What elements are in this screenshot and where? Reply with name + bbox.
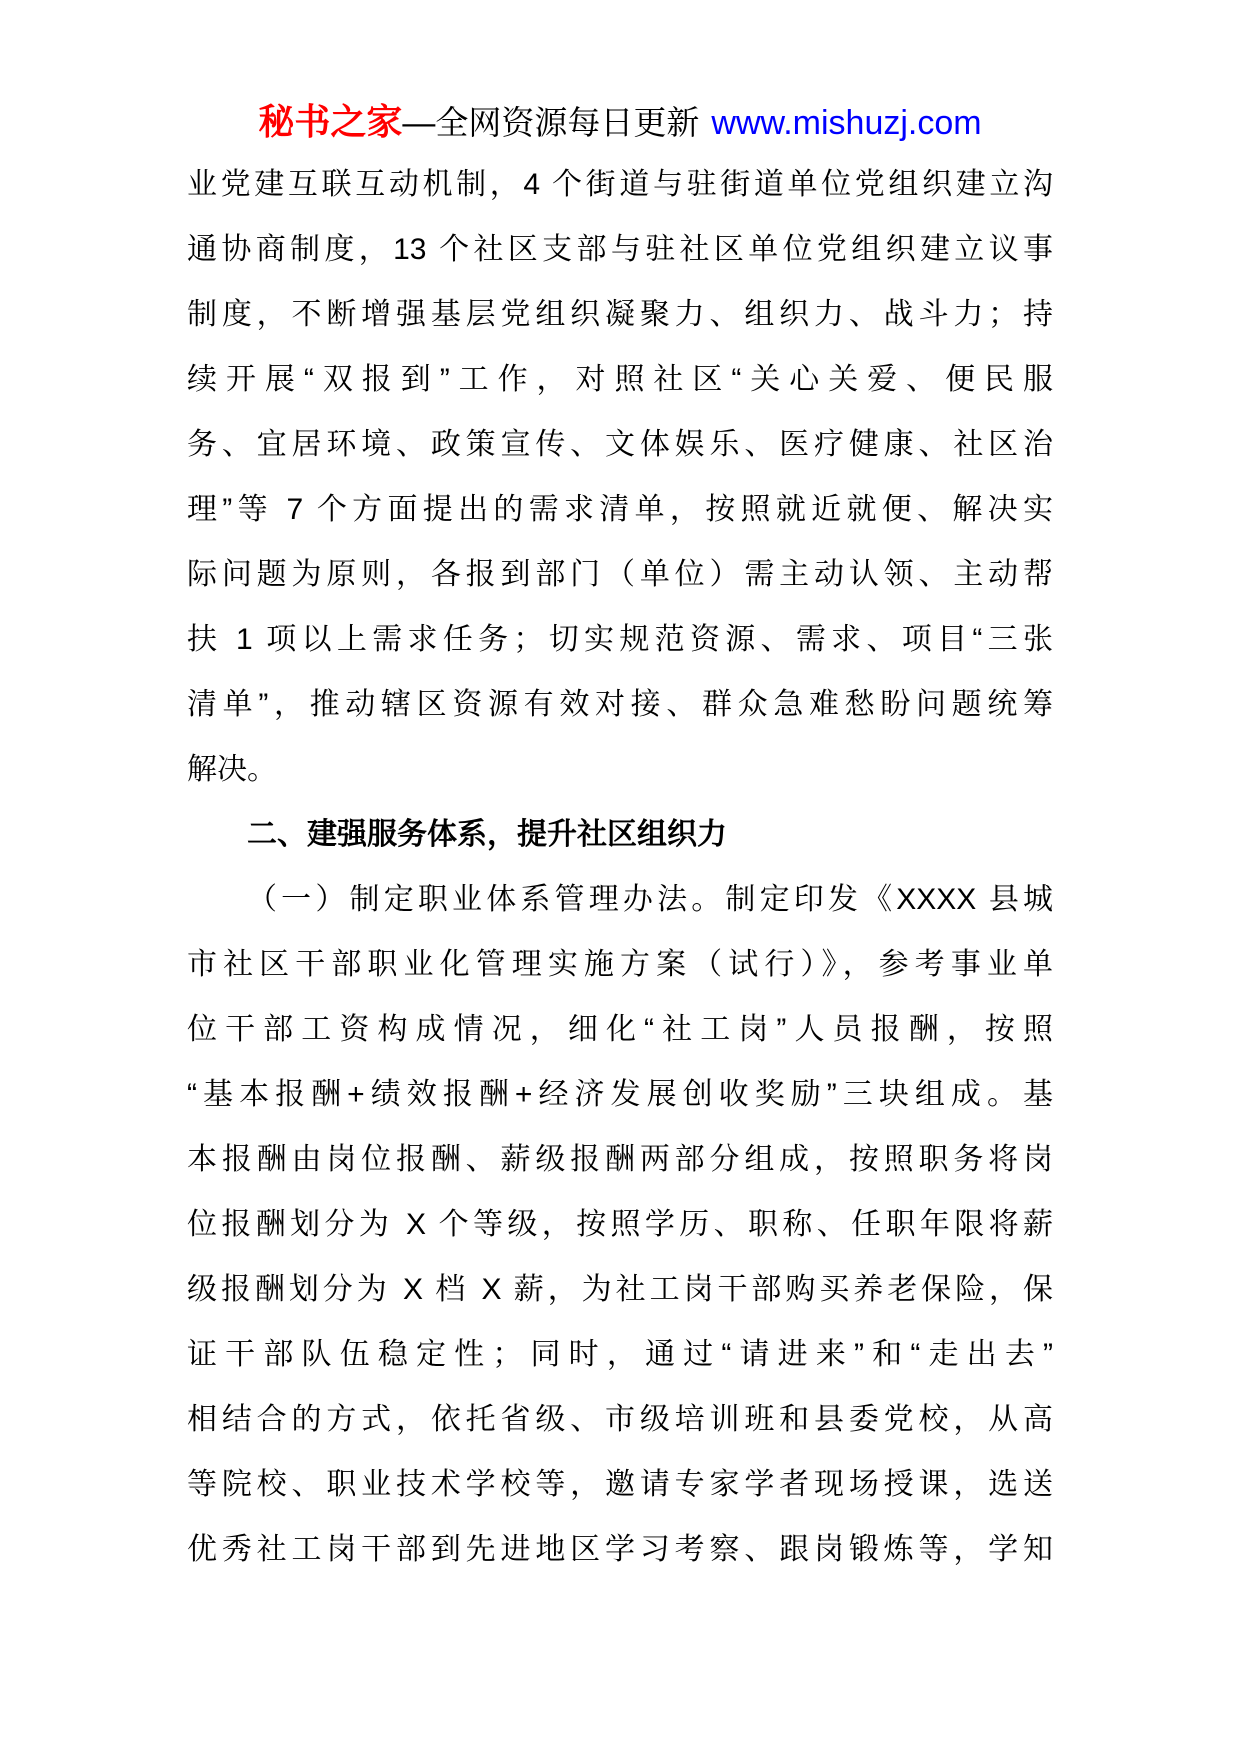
site-url-link[interactable]: www.mishuzj.com (711, 104, 981, 142)
text-line: 优秀社工岗干部到先进地区学习考察、跟岗锻炼等，学知 (187, 1517, 1053, 1582)
text-line: 位报酬划分为 X 个等级，按照学历、职称、任职年限将薪 (187, 1192, 1053, 1257)
document-body: 业党建互联互动机制，4 个街道与驻街道单位党组织建立沟 通协商制度，13 个社区… (187, 152, 1053, 1582)
text-line: 际问题为原则，各报到部门（单位）需主动认领、主动帮 (187, 542, 1053, 607)
text-line: 相结合的方式，依托省级、市级培训班和县委党校，从高 (187, 1387, 1053, 1452)
text-line: 通协商制度，13 个社区支部与驻社区单位党组织建立议事 (187, 217, 1053, 282)
header-tagline: 全网资源每日更新 (435, 104, 699, 141)
text-line: 等院校、职业技术学校等，邀请专家学者现场授课，选送 (187, 1452, 1053, 1517)
text-line: 理”等 7 个方面提出的需求清单，按照就近就便、解决实 (187, 477, 1053, 542)
text-line: 制度，不断增强基层党组织凝聚力、组织力、战斗力；持 (187, 282, 1053, 347)
site-name: 秘书之家 (258, 101, 402, 142)
text-line: 市社区干部职业化管理实施方案（试行）》，参考事业单 (187, 932, 1053, 997)
text-line: 续开展“双报到”工作，对照社区“关心关爱、便民服 (187, 347, 1053, 412)
page-header: 秘书之家—全网资源每日更新www.mishuzj.com (0, 100, 1240, 145)
header-dash: — (402, 104, 435, 141)
text-line: 位干部工资构成情况，细化“社工岗”人员报酬，按照 (187, 997, 1053, 1062)
document-page: 秘书之家—全网资源每日更新www.mishuzj.com 业党建互联互动机制，4… (0, 0, 1240, 1754)
text-line: 解决。 (187, 737, 1053, 802)
text-line: 清单”，推动辖区资源有效对接、群众急难愁盼问题统筹 (187, 672, 1053, 737)
text-line: （一）制定职业体系管理办法。制定印发《XXXX 县城 (187, 867, 1053, 932)
text-line: 扶 1 项以上需求任务；切实规范资源、需求、项目“三张 (187, 607, 1053, 672)
text-line: “基本报酬+绩效报酬+经济发展创收奖励”三块组成。基 (187, 1062, 1053, 1127)
section-heading: 二、建强服务体系，提升社区组织力 (187, 802, 1053, 867)
text-line: 业党建互联互动机制，4 个街道与驻街道单位党组织建立沟 (187, 152, 1053, 217)
text-line: 务、宜居环境、政策宣传、文体娱乐、医疗健康、社区治 (187, 412, 1053, 477)
text-line: 级报酬划分为 X 档 X 薪，为社工岗干部购买养老保险，保 (187, 1257, 1053, 1322)
text-line: 证干部队伍稳定性；同时，通过“请进来”和“走出去” (187, 1322, 1053, 1387)
text-line: 本报酬由岗位报酬、薪级报酬两部分组成，按照职务将岗 (187, 1127, 1053, 1192)
